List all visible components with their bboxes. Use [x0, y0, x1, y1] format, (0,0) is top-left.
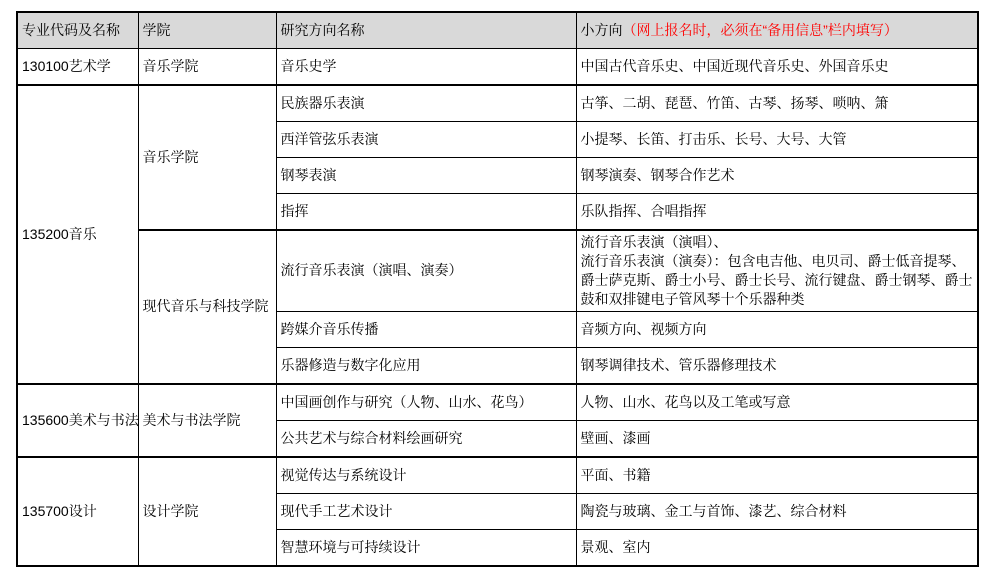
direction-cell: 智慧环境与可持续设计 [276, 529, 576, 566]
direction-cell: 乐器修造与数字化应用 [276, 347, 576, 384]
direction-cell: 跨媒介音乐传播 [276, 311, 576, 347]
header-cell-research-direction: 研究方向名称 [276, 12, 576, 49]
subdirection-cell: 陶瓷与玻璃、金工与首饰、漆艺、综合材料 [576, 493, 978, 529]
direction-cell: 视觉传达与系统设计 [276, 457, 576, 494]
table-row: 135700设计设计学院视觉传达与系统设计平面、书籍 [17, 457, 978, 494]
subdirection-cell: 音频方向、视频方向 [576, 311, 978, 347]
header-subdirection-annotation: （网上报名时，必须在“备用信息”栏内填写） [623, 22, 898, 38]
table-header-row: 专业代码及名称 学院 研究方向名称 小方向（网上报名时，必须在“备用信息”栏内填… [17, 12, 978, 49]
subdirection-cell: 钢琴调律技术、管乐器修理技术 [576, 347, 978, 384]
direction-cell: 西洋管弦乐表演 [276, 122, 576, 158]
college-cell: 美术与书法学院 [138, 384, 276, 457]
header-cell-college: 学院 [138, 12, 276, 49]
college-cell: 设计学院 [138, 457, 276, 566]
table-row: 135200音乐音乐学院民族器乐表演古筝、二胡、琵琶、竹笛、古琴、扬琴、唢呐、箫 [17, 85, 978, 122]
major-cell: 130100艺术学 [17, 49, 138, 86]
subdirection-cell: 流行音乐表演（演唱）、 流行音乐表演（演奏）：包含电吉他、电贝司、爵士低音提琴、… [576, 230, 978, 311]
college-cell: 音乐学院 [138, 49, 276, 86]
college-cell: 音乐学院 [138, 85, 276, 230]
direction-cell: 现代手工艺术设计 [276, 493, 576, 529]
program-table: 专业代码及名称 学院 研究方向名称 小方向（网上报名时，必须在“备用信息”栏内填… [16, 11, 979, 567]
major-cell: 135700设计 [17, 457, 138, 566]
subdirection-cell: 人物、山水、花鸟以及工笔或写意 [576, 384, 978, 421]
header-cell-subdirection: 小方向（网上报名时，必须在“备用信息”栏内填写） [576, 12, 978, 49]
header-subdirection-label: 小方向 [581, 22, 623, 38]
program-table-body: 130100艺术学音乐学院音乐史学中国古代音乐史、中国近现代音乐史、外国音乐史1… [17, 49, 978, 566]
major-cell: 135600美术与书法 [17, 384, 138, 457]
subdirection-cell: 平面、书籍 [576, 457, 978, 494]
direction-cell: 指挥 [276, 194, 576, 231]
subdirection-cell: 古筝、二胡、琵琶、竹笛、古琴、扬琴、唢呐、箫 [576, 85, 978, 122]
table-row: 130100艺术学音乐学院音乐史学中国古代音乐史、中国近现代音乐史、外国音乐史 [17, 49, 978, 86]
major-cell: 135200音乐 [17, 85, 138, 384]
direction-cell: 音乐史学 [276, 49, 576, 86]
subdirection-cell: 乐队指挥、合唱指挥 [576, 194, 978, 231]
table-row: 现代音乐与科技学院流行音乐表演（演唱、演奏）流行音乐表演（演唱）、 流行音乐表演… [17, 230, 978, 311]
direction-cell: 钢琴表演 [276, 158, 576, 194]
subdirection-cell: 壁画、漆画 [576, 420, 978, 457]
college-cell: 现代音乐与科技学院 [138, 230, 276, 384]
direction-cell: 中国画创作与研究（人物、山水、花鸟） [276, 384, 576, 421]
subdirection-cell: 钢琴演奏、钢琴合作艺术 [576, 158, 978, 194]
direction-cell: 公共艺术与综合材料绘画研究 [276, 420, 576, 457]
subdirection-cell: 小提琴、长笛、打击乐、长号、大号、大管 [576, 122, 978, 158]
direction-cell: 民族器乐表演 [276, 85, 576, 122]
header-cell-major-code: 专业代码及名称 [17, 12, 138, 49]
table-row: 135600美术与书法美术与书法学院中国画创作与研究（人物、山水、花鸟）人物、山… [17, 384, 978, 421]
subdirection-cell: 景观、室内 [576, 529, 978, 566]
direction-cell: 流行音乐表演（演唱、演奏） [276, 230, 576, 311]
subdirection-cell: 中国古代音乐史、中国近现代音乐史、外国音乐史 [576, 49, 978, 86]
program-table-container: 专业代码及名称 学院 研究方向名称 小方向（网上报名时，必须在“备用信息”栏内填… [16, 11, 979, 567]
